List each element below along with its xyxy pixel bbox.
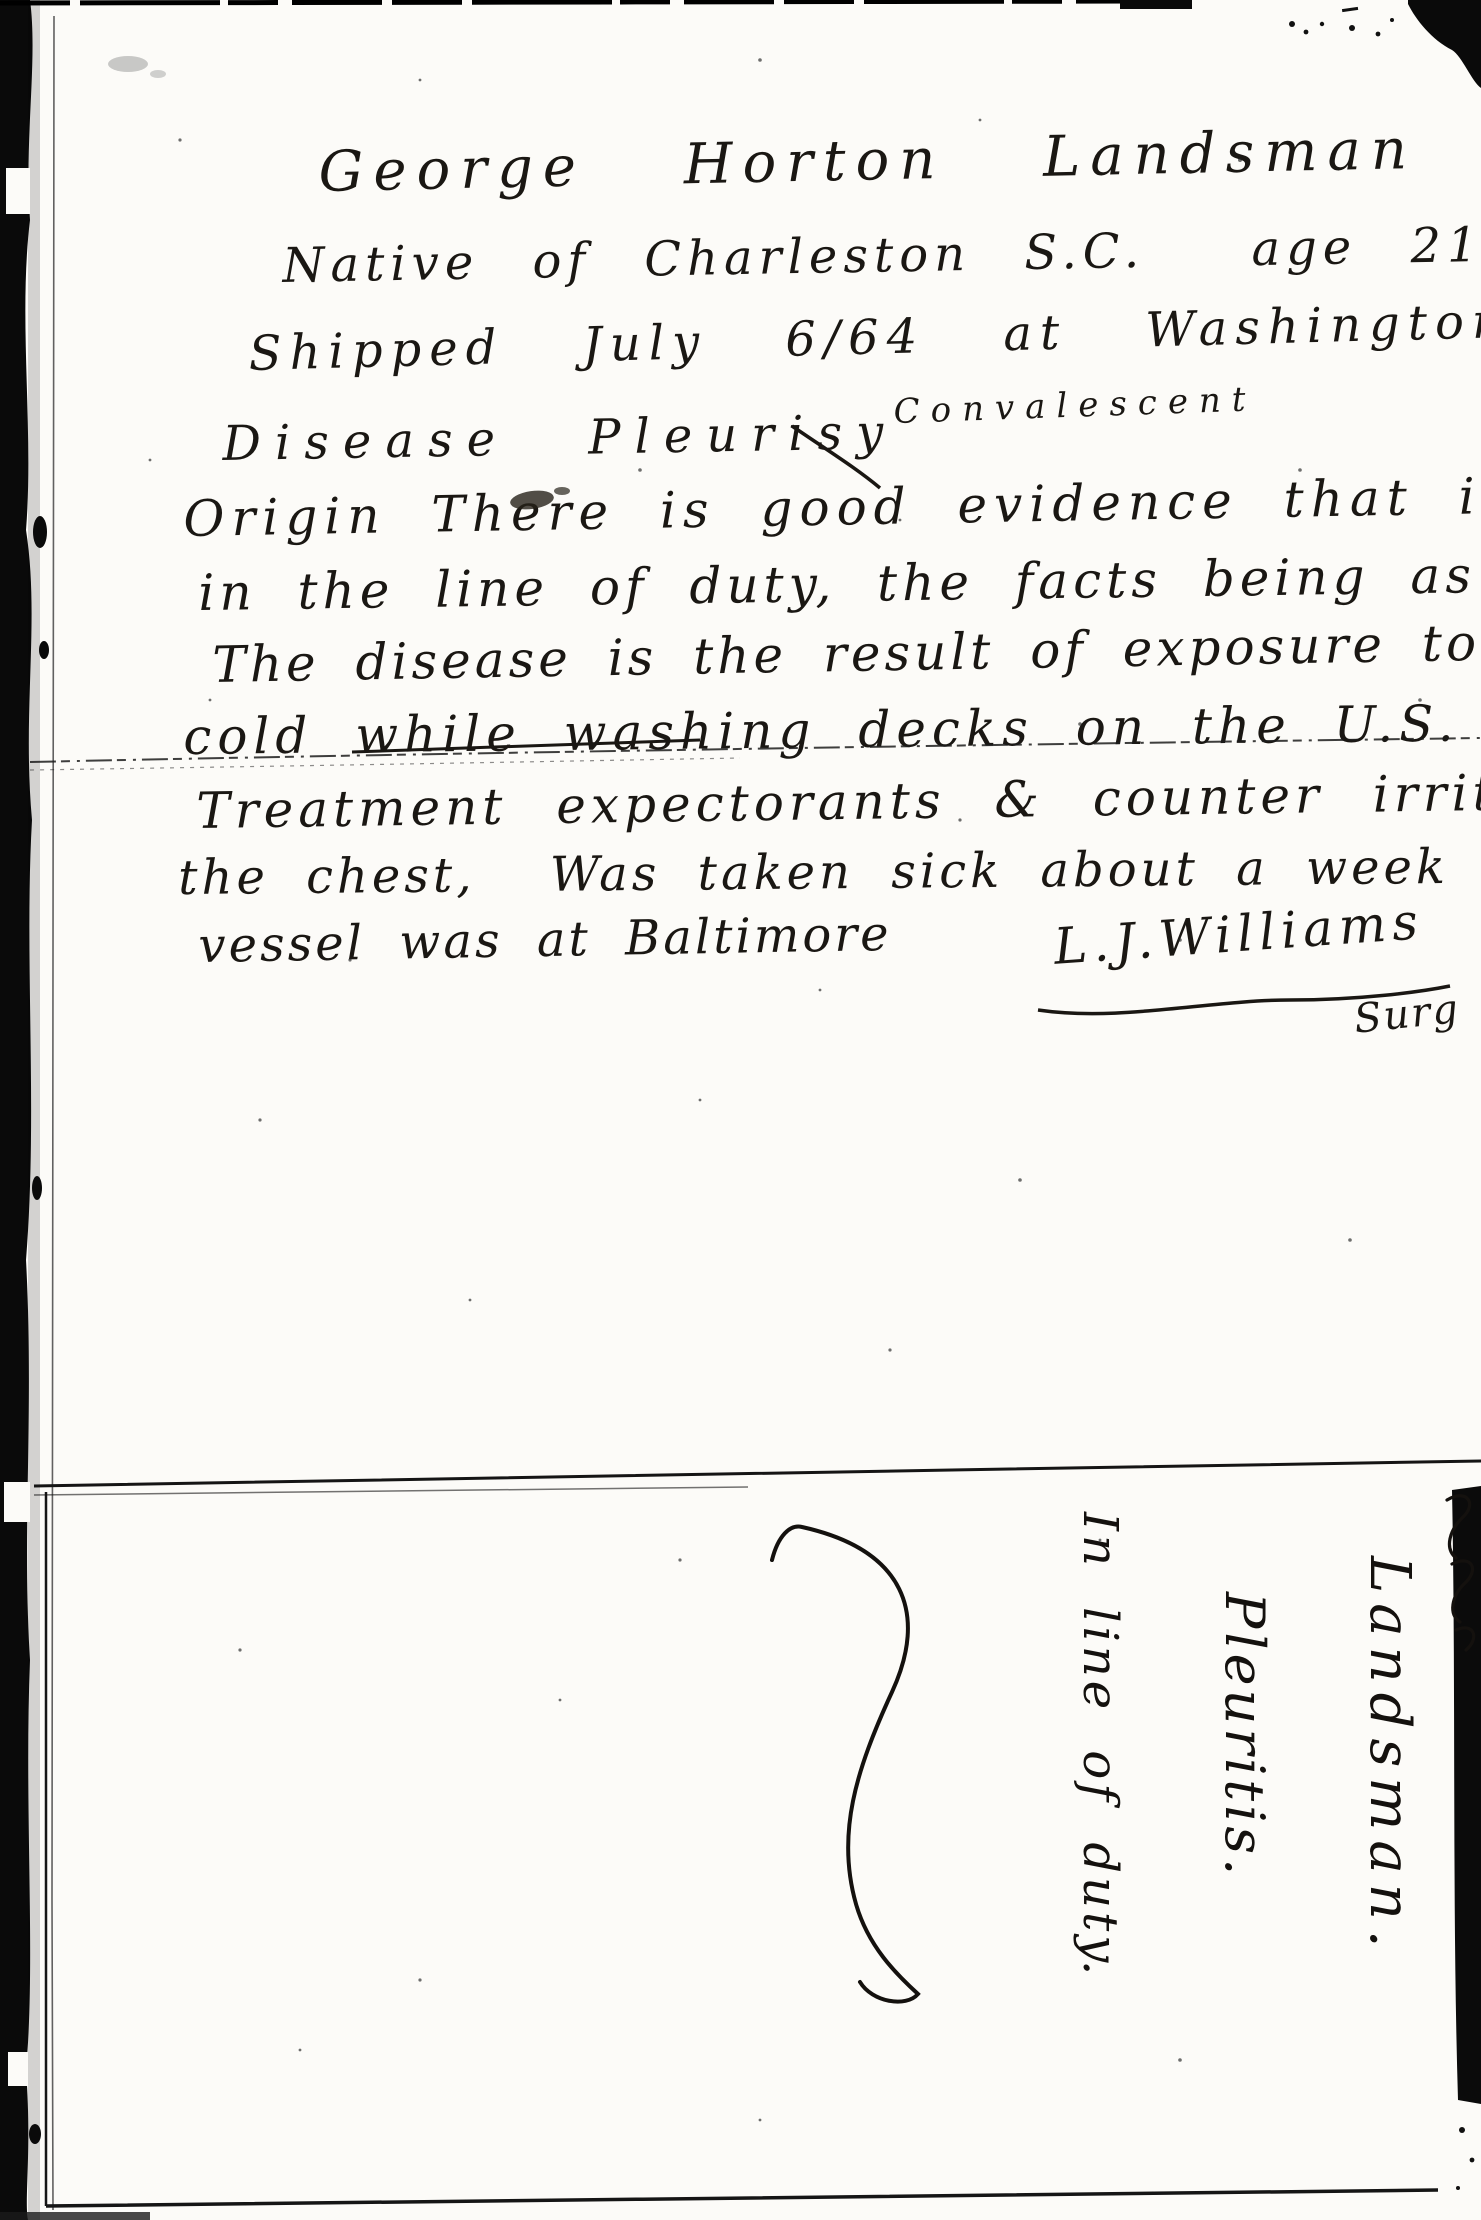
corner-blot [1408, 0, 1481, 88]
origin-line-2: in the line of duty, the facts being as … [198, 545, 1481, 621]
binding-shadow [28, 0, 40, 2220]
shipped-line: Shipped July 6/64 at Washington [248, 295, 1481, 381]
status-note: Convalescent [893, 381, 1257, 431]
bottom-border-line [46, 2190, 1438, 2206]
binding-edge-strip [0, 0, 33, 2220]
origin-line-4: cold while washing decks on the U.S. Asc… [183, 693, 1481, 765]
corner-speck-marks [1289, 7, 1394, 37]
top-edge-line [0, 1, 1180, 3]
binding-blot [33, 516, 47, 548]
right-edge-strip [1452, 1486, 1481, 2104]
binding-blot [32, 1176, 42, 1200]
binding-gap [6, 168, 30, 214]
left-rule-line [45, 1492, 46, 2206]
origin-line-3: The disease is the result of exposure to… [212, 611, 1481, 693]
edge-script-fragment [1447, 1496, 1474, 1650]
right-edge-specks [1456, 2127, 1474, 2190]
native-line: Native of Charleston S.C. age 21 [282, 219, 1481, 293]
surgeon-title: Surg [1352, 987, 1462, 1042]
bottom-edge-blot [0, 2212, 150, 2220]
docket-flourish [772, 1527, 918, 2002]
panel-divider-secondary [34, 1487, 748, 1495]
panel-divider-line [34, 1461, 1481, 1486]
corner-smudge [108, 56, 148, 72]
surgeon-signature: L.J.Williams [1052, 894, 1425, 975]
treatment-line-3: vessel was at Baltimore [198, 908, 892, 973]
corner-smudge [150, 70, 166, 78]
origin-line-1: Origin There is good evidence that it wa… [183, 466, 1481, 547]
disease-line: Disease Pleurisy [222, 406, 898, 471]
binding-blot [39, 641, 49, 659]
binding-gap [4, 1482, 30, 1522]
docket-finding: In line of duty. [1075, 1512, 1125, 1979]
docket-disease: Pleuritis. [1215, 1592, 1272, 1879]
treatment-line-2: the chest, Was taken sick about a week a… [178, 838, 1481, 905]
top-edge-blot [1120, 0, 1192, 9]
treatment-line-1: Treatment expectorants & counter irritat… [196, 762, 1481, 839]
document-scan: George Horton Landsman Native of Charles… [0, 0, 1481, 2220]
docket-rating: Landsman. [1359, 1556, 1418, 1958]
binding-gap [8, 2052, 28, 2086]
name-line: George Horton Landsman [318, 119, 1417, 204]
binding-blot [29, 2124, 41, 2144]
page-edge-line [52, 16, 54, 2210]
